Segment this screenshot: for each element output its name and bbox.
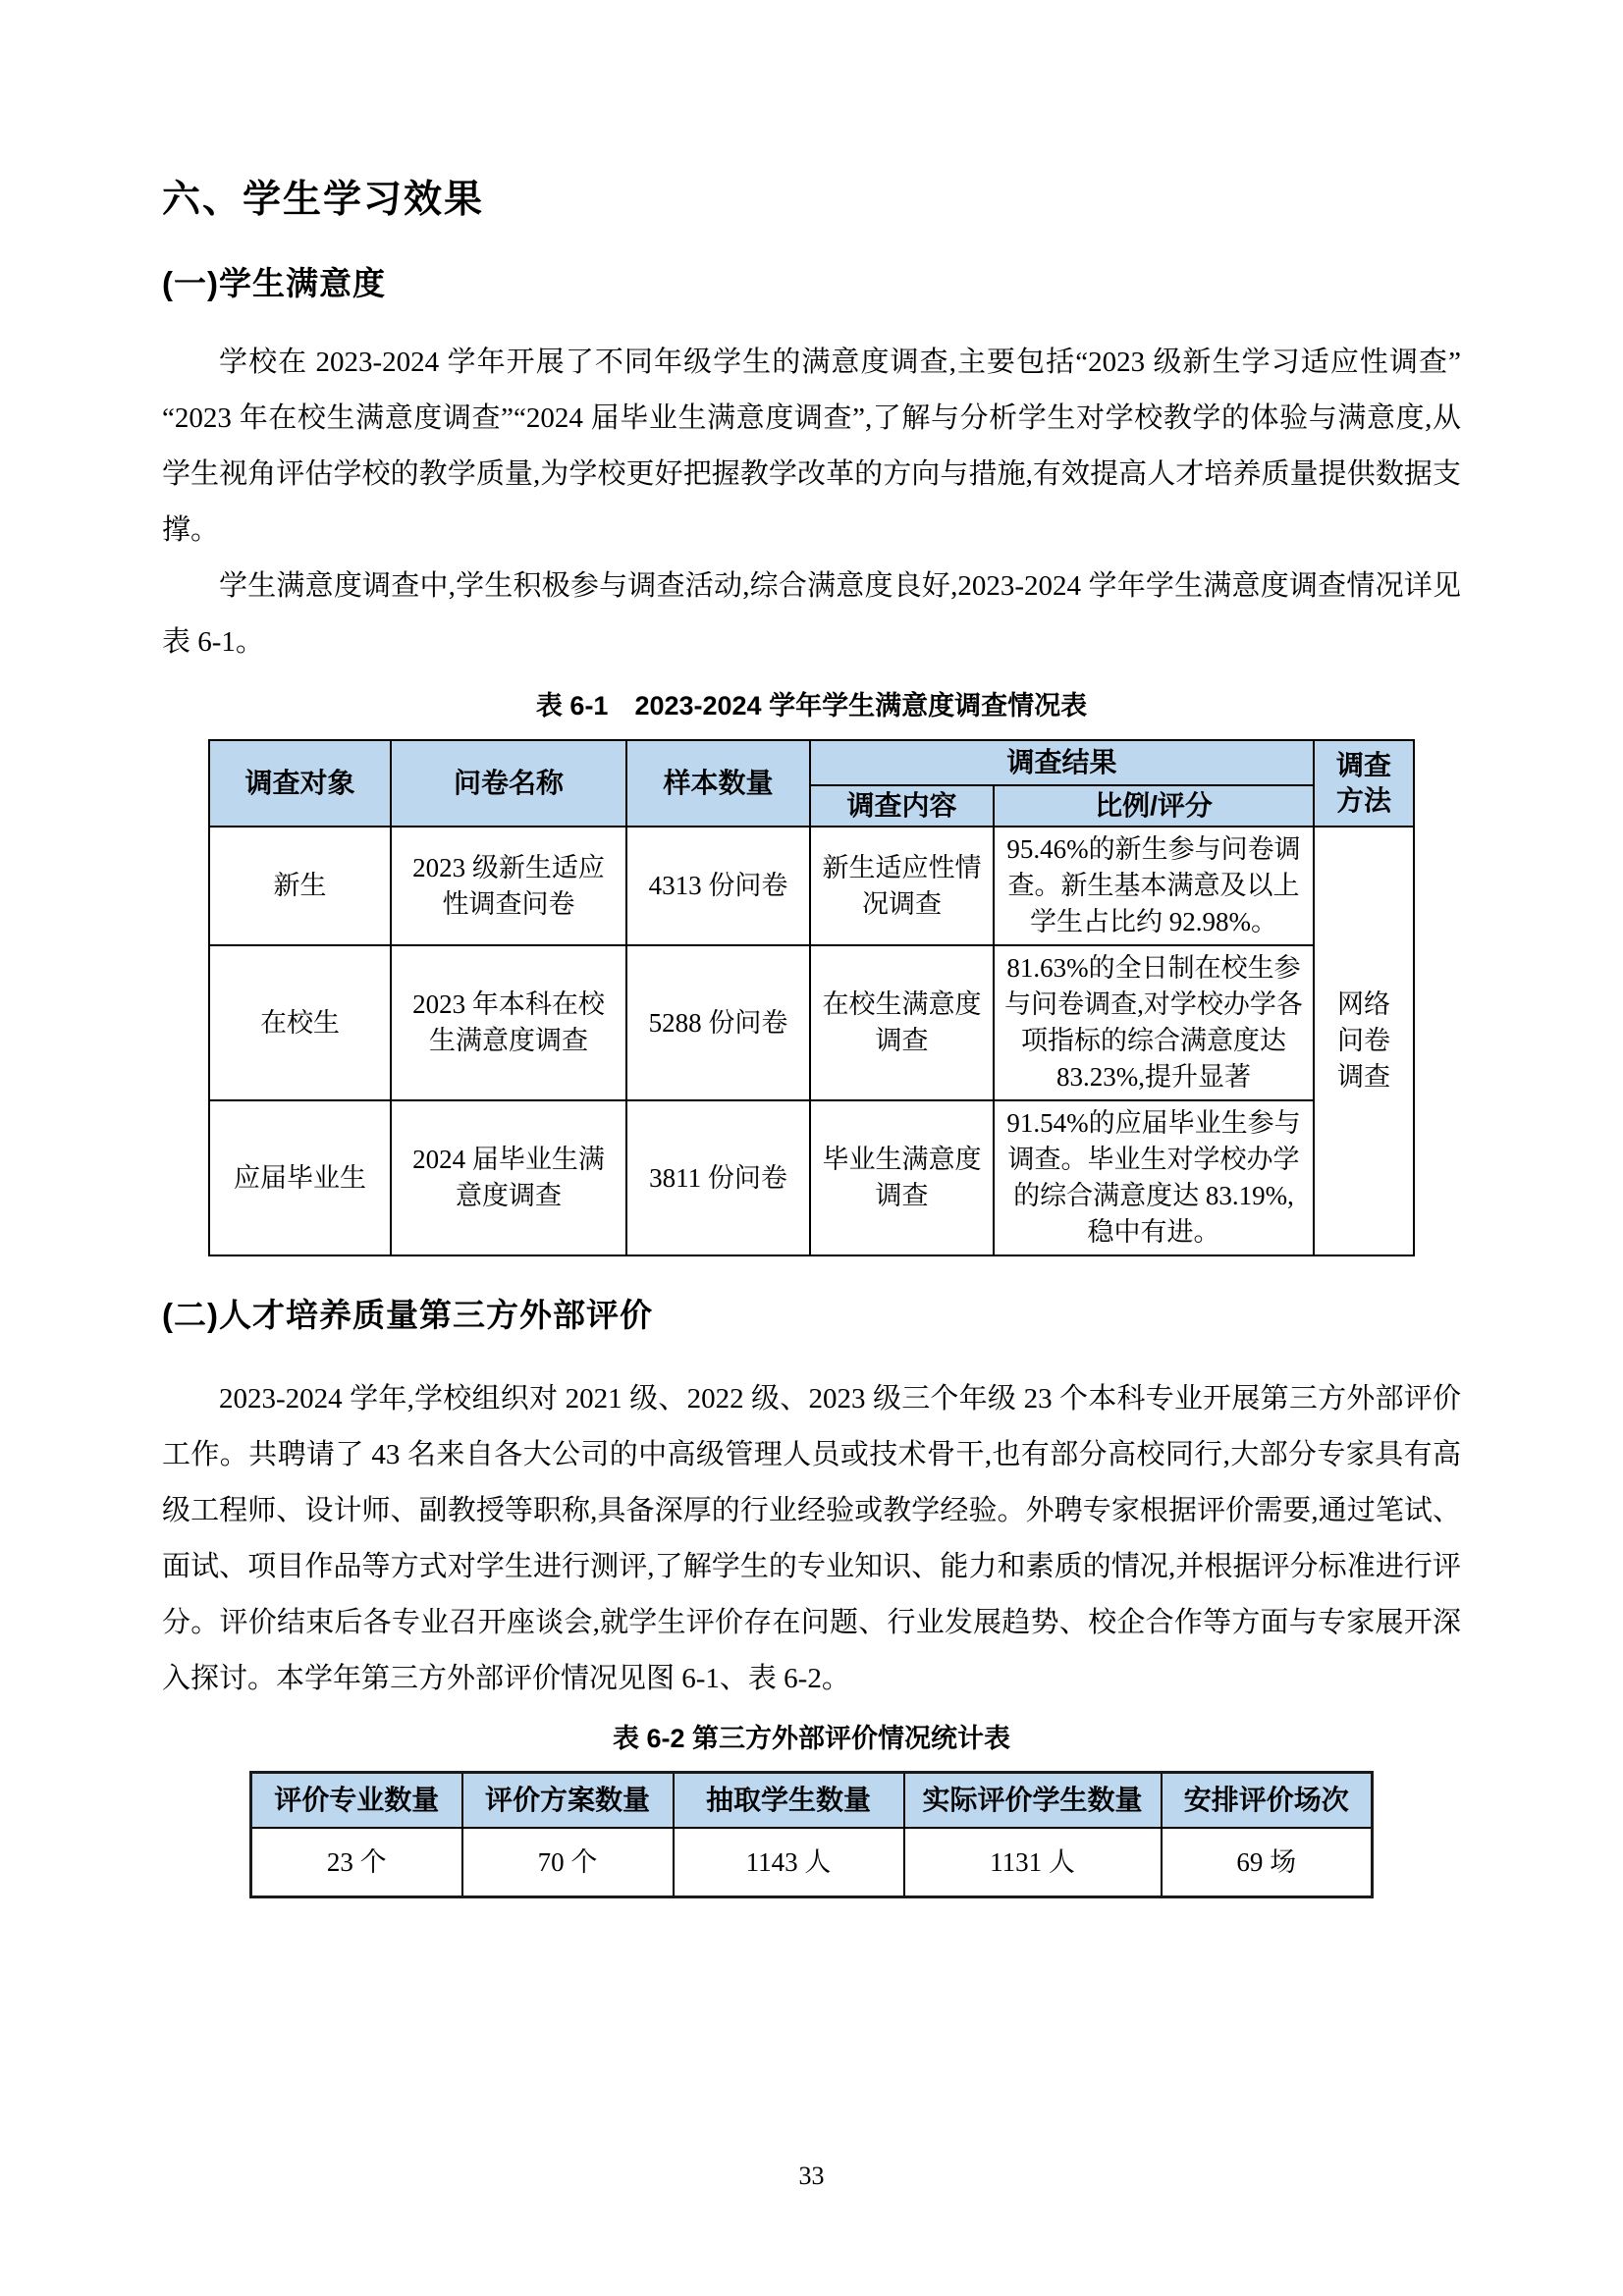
value-evaluation-sessions: 69 场 bbox=[1162, 1828, 1373, 1897]
cell-survey-method: 网络问卷调查 bbox=[1314, 827, 1414, 1255]
section-heading-third-party-evaluation: (二)人才培养质量第三方外部评价 bbox=[162, 1294, 1461, 1338]
paragraph-satisfaction-intro: 学校在 2023-2024 学年开展了不同年级学生的满意度调查,主要包括“202… bbox=[162, 335, 1461, 559]
document-page: 六、学生学习效果 (一)学生满意度 学校在 2023-2024 学年开展了不同年… bbox=[0, 0, 1623, 2296]
header-survey-content: 调查内容 bbox=[810, 785, 994, 827]
cell-result: 81.63%的全日制在校生参与问卷调查,对学校办学各项指标的综合满意度达 83.… bbox=[994, 945, 1314, 1100]
cell-sample: 3811 份问卷 bbox=[626, 1100, 810, 1255]
header-survey-target: 调查对象 bbox=[209, 740, 391, 827]
header-survey-method: 调查方法 bbox=[1314, 740, 1414, 827]
value-evaluation-plans: 70 个 bbox=[462, 1828, 674, 1897]
table-header-row-1: 调查对象 问卷名称 样本数量 调查结果 调查方法 bbox=[209, 740, 1414, 785]
satisfaction-survey-table: 调查对象 问卷名称 样本数量 调查结果 调查方法 调查内容 比例/评分 新生 2… bbox=[208, 739, 1415, 1256]
cell-questionnaire: 2023 级新生适应性调查问卷 bbox=[391, 827, 626, 945]
table-6-1-caption: 表 6-1 2023-2024 学年学生满意度调查情况表 bbox=[162, 688, 1461, 725]
cell-sample: 5288 份问卷 bbox=[626, 945, 810, 1100]
cell-target: 在校生 bbox=[209, 945, 391, 1100]
third-party-evaluation-table: 评价专业数量 评价方案数量 抽取学生数量 实际评价学生数量 安排评价场次 23 … bbox=[249, 1771, 1374, 1898]
table-row-freshmen: 新生 2023 级新生适应性调查问卷 4313 份问卷 新生适应性情况调查 95… bbox=[209, 827, 1414, 945]
chapter-title: 六、学生学习效果 bbox=[162, 0, 1461, 225]
table-row-current-students: 在校生 2023 年本科在校生满意度调查 5288 份问卷 在校生满意度调查 8… bbox=[209, 945, 1414, 1100]
paragraph-satisfaction-summary: 学生满意度调查中,学生积极参与调查活动,综合满意度良好,2023-2024 学年… bbox=[162, 559, 1461, 670]
header-survey-result-group: 调查结果 bbox=[810, 740, 1314, 785]
cell-result: 91.54%的应届毕业生参与调查。毕业生对学校办学的综合满意度达 83.19%,… bbox=[994, 1100, 1314, 1255]
page-content: 六、学生学习效果 (一)学生满意度 学校在 2023-2024 学年开展了不同年… bbox=[0, 0, 1623, 1898]
value-actual-evaluated-students: 1131 人 bbox=[904, 1828, 1162, 1897]
cell-target: 新生 bbox=[209, 827, 391, 945]
header-evaluated-majors: 评价专业数量 bbox=[251, 1773, 462, 1829]
table2-data-row: 23 个 70 个 1143 人 1131 人 69 场 bbox=[251, 1828, 1373, 1897]
cell-sample: 4313 份问卷 bbox=[626, 827, 810, 945]
header-evaluation-plans: 评价方案数量 bbox=[462, 1773, 674, 1829]
table2-header-row: 评价专业数量 评价方案数量 抽取学生数量 实际评价学生数量 安排评价场次 bbox=[251, 1773, 1373, 1829]
header-ratio-score: 比例/评分 bbox=[994, 785, 1314, 827]
section-heading-student-satisfaction: (一)学生满意度 bbox=[162, 262, 1461, 306]
header-evaluation-sessions: 安排评价场次 bbox=[1162, 1773, 1373, 1829]
cell-content: 毕业生满意度调查 bbox=[810, 1100, 994, 1255]
value-evaluated-majors: 23 个 bbox=[251, 1828, 462, 1897]
header-questionnaire-name: 问卷名称 bbox=[391, 740, 626, 827]
cell-result: 95.46%的新生参与问卷调查。新生基本满意及以上学生占比约 92.98%。 bbox=[994, 827, 1314, 945]
table-6-2-caption: 表 6-2 第三方外部评价情况统计表 bbox=[162, 1721, 1461, 1758]
header-actual-evaluated-students: 实际评价学生数量 bbox=[904, 1773, 1162, 1829]
cell-questionnaire: 2023 年本科在校生满意度调查 bbox=[391, 945, 626, 1100]
cell-target: 应届毕业生 bbox=[209, 1100, 391, 1255]
cell-questionnaire: 2024 届毕业生满意度调查 bbox=[391, 1100, 626, 1255]
page-number: 33 bbox=[0, 2162, 1623, 2191]
table-row-graduates: 应届毕业生 2024 届毕业生满意度调查 3811 份问卷 毕业生满意度调查 9… bbox=[209, 1100, 1414, 1255]
cell-content: 新生适应性情况调查 bbox=[810, 827, 994, 945]
value-sampled-students: 1143 人 bbox=[674, 1828, 904, 1897]
header-sampled-students: 抽取学生数量 bbox=[674, 1773, 904, 1829]
paragraph-evaluation-detail: 2023-2024 学年,学校组织对 2021 级、2022 级、2023 级三… bbox=[162, 1371, 1461, 1707]
cell-content: 在校生满意度调查 bbox=[810, 945, 994, 1100]
header-sample-size: 样本数量 bbox=[626, 740, 810, 827]
